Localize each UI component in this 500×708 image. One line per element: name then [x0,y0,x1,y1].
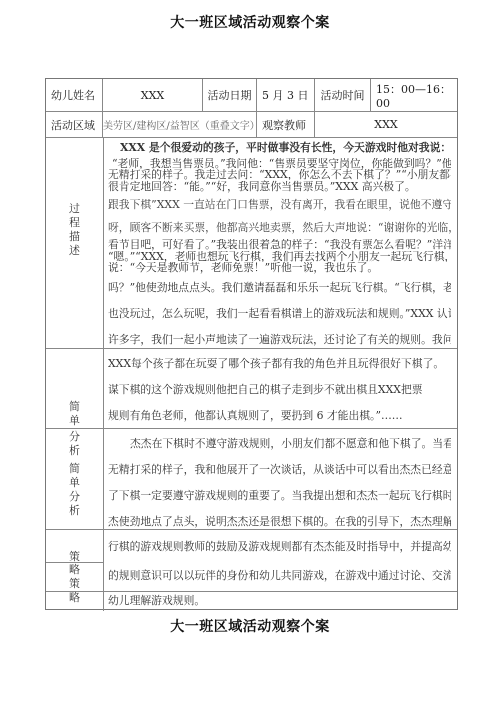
observation-table: 幼儿姓名 XXX 活动日期 5 月 3 日 活动时间 15：00—16：00 活… [45,78,458,610]
strategy-label-mid: 略策 [46,563,103,591]
activity-time-label: 活动时间 [315,79,371,112]
strategy-text: 行棋的游戏规则教师的鼓励及游戏规则都有杰杰能及时指导中，并提高幼儿 的规则意识可… [108,532,451,612]
simple-label: 简单 [46,400,103,428]
document-title: 大一班区域活动观察个案 [0,12,500,32]
process-label: 过程描述 [46,202,103,258]
footer-title: 大一班区域活动观察个案 [0,616,500,636]
divider [46,428,457,429]
child-name-label: 幼儿姓名 [46,79,103,112]
process-text: XXX 是个很爱动的孩子，平时做事没有长性，今天游戏时他对我说： “老师，我想当… [108,138,451,353]
label-column-divider [103,138,104,611]
analysis-label-bottom: 简单分析 [46,462,103,518]
activity-time-value: 15：00—16：00 [371,79,457,112]
divider [46,529,457,530]
observer-label: 观察教师 [257,112,315,138]
analysis-text: 杰杰在下棋时不遵守游戏规则，小朋友们都不愿意和他下棋了。当看到他 无精打采的样子… [108,431,451,535]
activity-area-label: 活动区域 [46,112,103,138]
activity-date-label: 活动日期 [203,79,257,112]
child-name-value: XXX [103,79,203,112]
analysis-label-top: 分析 [46,430,103,458]
observer-value: XXX [315,112,457,138]
activity-area-value: 美劳区/建构区/益智区（重叠文字） [103,112,257,138]
simple-text: XXX每个孩子都在玩耍了哪个孩子都有我的角色并且玩得很好下棋了。 谋下棋的这个游… [108,351,451,429]
divider [46,348,457,349]
strategy-label-bottom: 略 [46,591,103,605]
activity-date-value: 5 月 3 日 [257,79,315,112]
